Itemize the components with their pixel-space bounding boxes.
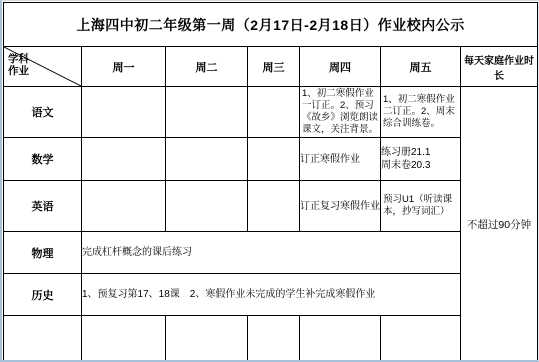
corner-labels: 学科 作业 — [8, 53, 29, 77]
corner-label-subject: 学科 — [8, 53, 29, 65]
row-empty — [4, 316, 538, 362]
cell-english-monday — [82, 181, 166, 232]
homework-notice-page: 上海四中初二年级第一周（2月17日-2月18日）作业校内公示 学科 作业 周一 … — [0, 0, 539, 362]
cell-english-wednesday — [248, 181, 300, 232]
cell-chinese-friday: 1、初二寒假作业二订正。2、周末综合训练卷。 — [381, 87, 461, 138]
cell-empty-tuesday — [166, 316, 248, 362]
header-wednesday: 周三 — [248, 47, 300, 87]
subject-chinese: 语文 — [4, 87, 82, 138]
header-duration: 每天家庭作业时长 — [461, 47, 538, 87]
cell-math-thursday: 订正寒假作业 — [300, 138, 381, 181]
title-row: 上海四中初二年级第一周（2月17日-2月18日）作业校内公示 — [4, 3, 538, 47]
cell-math-tuesday — [166, 138, 248, 181]
header-monday: 周一 — [82, 47, 166, 87]
subject-math: 数学 — [4, 138, 82, 181]
page-title: 上海四中初二年级第一周（2月17日-2月18日）作业校内公示 — [4, 3, 538, 47]
cell-chinese-wednesday — [248, 87, 300, 138]
cell-english-tuesday — [166, 181, 248, 232]
homework-schedule-table: 上海四中初二年级第一周（2月17日-2月18日）作业校内公示 学科 作业 周一 … — [3, 2, 538, 362]
row-english: 英语 订正复习寒假作业 预习U1（听读课本，抄写词汇） — [4, 181, 538, 232]
cell-math-wednesday — [248, 138, 300, 181]
cell-physics-week: 完成杠杆概念的课后练习 — [82, 232, 461, 274]
cell-empty-thursday — [300, 316, 381, 362]
corner-label-homework: 作业 — [8, 65, 29, 77]
row-history: 历史 1、预复习第17、18课 2、寒假作业未完成的学生补完成寒假作业 — [4, 274, 538, 316]
cell-chinese-monday — [82, 87, 166, 138]
cell-chinese-tuesday — [166, 87, 248, 138]
cell-math-friday: 练习册21.1 周末卷20.3 — [381, 138, 461, 181]
subject-history: 历史 — [4, 274, 82, 316]
corner-header-cell: 学科 作业 — [4, 47, 82, 87]
row-math: 数学 订正寒假作业 练习册21.1 周末卷20.3 — [4, 138, 538, 181]
header-tuesday: 周二 — [166, 47, 248, 87]
cell-chinese-thursday: 1、初二寒假作业一订正。2、预习《故乡》浏览朗读课文，关注背景。 — [300, 87, 381, 138]
cell-english-thursday: 订正复习寒假作业 — [300, 181, 381, 232]
subject-english: 英语 — [4, 181, 82, 232]
row-physics: 物理 完成杠杆概念的课后练习 — [4, 232, 538, 274]
header-row: 学科 作业 周一 周二 周三 周四 周五 每天家庭作业时长 — [4, 47, 538, 87]
cell-english-friday: 预习U1（听读课本，抄写词汇） — [381, 181, 461, 232]
cell-history-week: 1、预复习第17、18课 2、寒假作业未完成的学生补完成寒假作业 — [82, 274, 461, 316]
header-friday: 周五 — [381, 47, 461, 87]
row-chinese: 语文 1、初二寒假作业一订正。2、预习《故乡》浏览朗读课文，关注背景。 1、初二… — [4, 87, 538, 138]
duration-value-cell: 不超过90分钟 — [461, 87, 538, 362]
cell-empty-monday — [82, 316, 166, 362]
subject-physics: 物理 — [4, 232, 82, 274]
header-thursday: 周四 — [300, 47, 381, 87]
cell-empty-wednesday — [248, 316, 300, 362]
cell-empty-friday — [381, 316, 461, 362]
cell-empty-subject — [4, 316, 82, 362]
cell-math-monday — [82, 138, 166, 181]
